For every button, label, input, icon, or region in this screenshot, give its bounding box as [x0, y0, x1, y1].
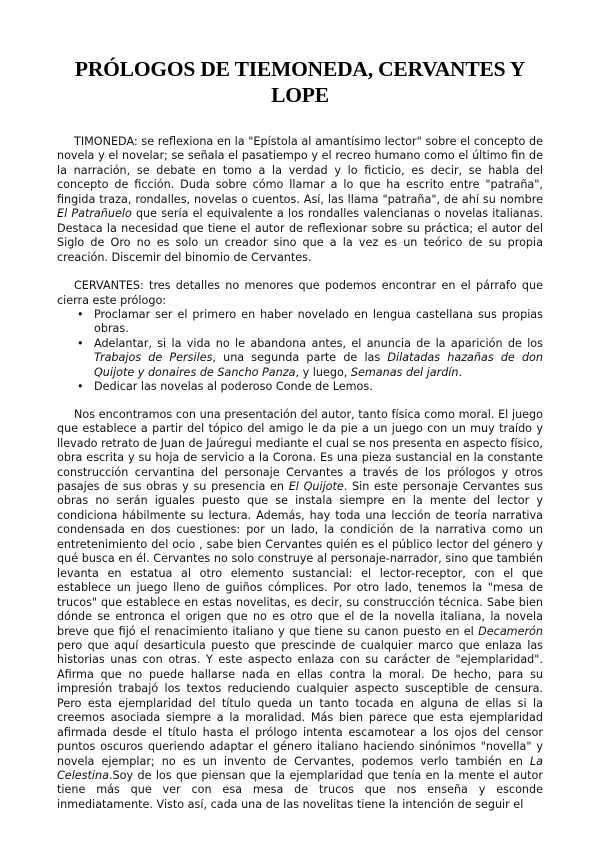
paragraph-timoneda: TIMONEDA: se reflexiona en la "Epístola … [57, 135, 543, 265]
text-segment: , y luego, [295, 366, 350, 379]
text-segment: . [459, 366, 463, 379]
text-segment: TIMONEDA: se reflexiona en la "Epístola … [57, 135, 543, 206]
list-item: • Dedicar las novelas al poderoso Conde … [94, 380, 543, 394]
list-item: • Proclamar ser el primero en haber nove… [94, 308, 543, 337]
text-segment: Adelantar, si la vida no le abandona ant… [94, 337, 543, 350]
book-title-semanas-del-jardin: Semanas del jardín [351, 366, 459, 379]
list-item-text: Dedicar las novelas al poderoso Conde de… [94, 380, 373, 393]
paragraph-cervantes-intro: CERVANTES: tres detalles no menores que … [57, 279, 543, 308]
bullet-icon: • [77, 337, 84, 351]
cervantes-details-list: • Proclamar ser el primero en haber nove… [57, 308, 543, 395]
book-title-persiles: Trabajos de Persiles [94, 351, 212, 364]
document-page: PRÓLOGOS DE TIEMONEDA, CERVANTES Y LOPE … [57, 0, 543, 812]
list-item: • Adelantar, si la vida no le abandona a… [94, 337, 543, 380]
text-segment: , una segunda parte de las [212, 351, 387, 364]
book-title-el-quijote: El Quijote [289, 480, 344, 493]
bullet-icon: • [77, 380, 84, 394]
book-title-decameron: Decamerón [478, 625, 543, 638]
list-item-text: Proclamar ser el primero en haber novela… [94, 308, 543, 335]
document-title: PRÓLOGOS DE TIEMONEDA, CERVANTES Y LOPE [57, 56, 543, 108]
book-title-el-patranuelo: El Patrañuelo [57, 207, 132, 220]
paragraph-presentation: Nos encontramos con una presentación del… [57, 408, 543, 813]
text-segment: . Sin este personaje Cervantes sus obras… [57, 480, 543, 638]
text-segment: pero que aquí desarticula puesto que pre… [57, 639, 543, 768]
bullet-icon: • [77, 308, 84, 322]
text-segment: .Soy de los que piensan que la ejemplari… [57, 769, 543, 811]
